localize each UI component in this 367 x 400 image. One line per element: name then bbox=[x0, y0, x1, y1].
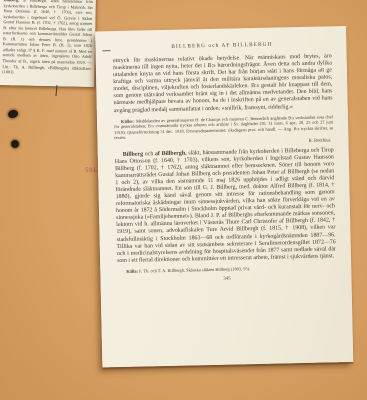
article-paragraph: Billberg och af Billbergh, släkt, härsta… bbox=[115, 147, 336, 265]
margin-dash bbox=[102, 50, 110, 51]
article-headword-2: af Billbergh, bbox=[155, 150, 187, 157]
album-board: Billberg, af Billbergh, ätten härstammar… bbox=[0, 0, 367, 400]
pencil-tick-mark bbox=[55, 85, 57, 96]
mounted-book-page: BILLBERG och AF BILLBERGH uttryck för ma… bbox=[95, 26, 353, 367]
punch-hole-top bbox=[7, 109, 19, 119]
article-connector: och bbox=[143, 151, 155, 157]
sources-text: Meddelanden av generalmajoren H. de Cham… bbox=[114, 114, 333, 140]
page-number: 345 bbox=[117, 275, 336, 285]
continuation-paragraph: uttryck för maskinernas relativt ökade b… bbox=[113, 53, 333, 114]
source-label: Källa: bbox=[126, 268, 138, 273]
article-headword-1: Billberg bbox=[123, 151, 143, 157]
punch-hole-bottom bbox=[11, 140, 19, 148]
sources-label: Källor: bbox=[121, 118, 135, 123]
running-header: BILLBERG och AF BILLBERGH bbox=[112, 40, 331, 51]
article-text: släkt, härstammande från kyrkoherden i B… bbox=[115, 147, 336, 264]
pasted-clipping: Billberg, af Billbergh, ätten härstammar… bbox=[0, 0, 96, 87]
source-text: F. Th. och T. A. Billbergh, Skånska släk… bbox=[138, 266, 250, 273]
source-footnote: Källa: F. Th. och T. A. Billbergh, Skåns… bbox=[117, 264, 336, 274]
clipping-text: , af Billbergh, ätten härstammar från ky… bbox=[2, 0, 93, 74]
